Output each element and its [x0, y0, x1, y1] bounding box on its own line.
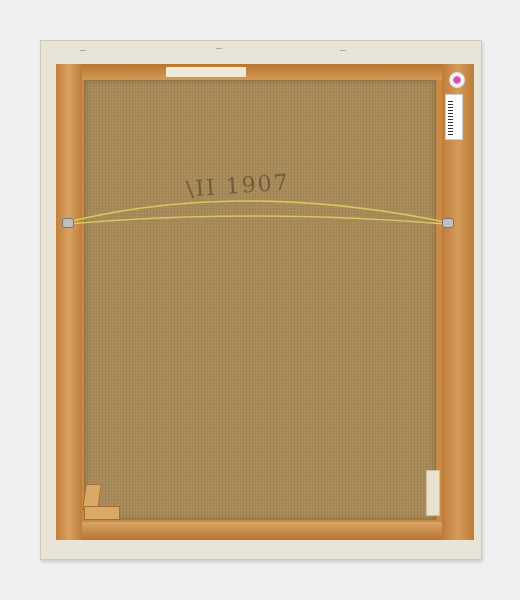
hanging-wire	[40, 40, 482, 560]
painting-back: \II 1907	[40, 40, 482, 560]
hanging-hook-left	[62, 218, 74, 228]
hanging-hook-right	[442, 218, 454, 228]
